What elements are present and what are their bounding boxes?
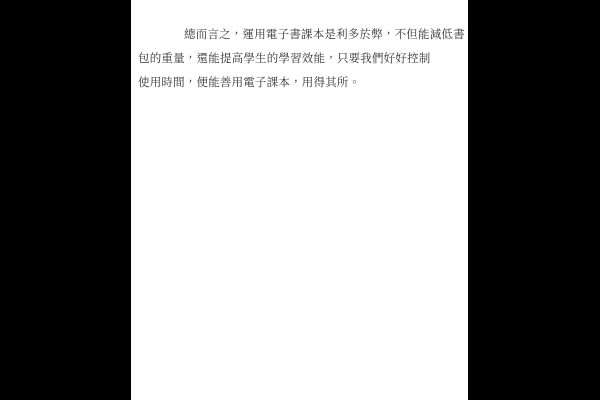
paragraph-line-3: 使用時間，便能善用電子課本，用得其所。 <box>138 71 438 95</box>
essay-paragraph: 總而言之，運用電子書課本是利多於弊，不但能減低書 包的重量，還能提高學生的學習效… <box>138 23 438 95</box>
document-page: 總而言之，運用電子書課本是利多於弊，不但能減低書 包的重量，還能提高學生的學習效… <box>131 0 468 400</box>
viewer-background: 總而言之，運用電子書課本是利多於弊，不但能減低書 包的重量，還能提高學生的學習效… <box>0 0 600 400</box>
paragraph-line-2: 包的重量，還能提高學生的學習效能，只要我們好好控制 <box>138 47 438 71</box>
paragraph-line-1: 總而言之，運用電子書課本是利多於弊，不但能減低書 <box>138 23 438 47</box>
